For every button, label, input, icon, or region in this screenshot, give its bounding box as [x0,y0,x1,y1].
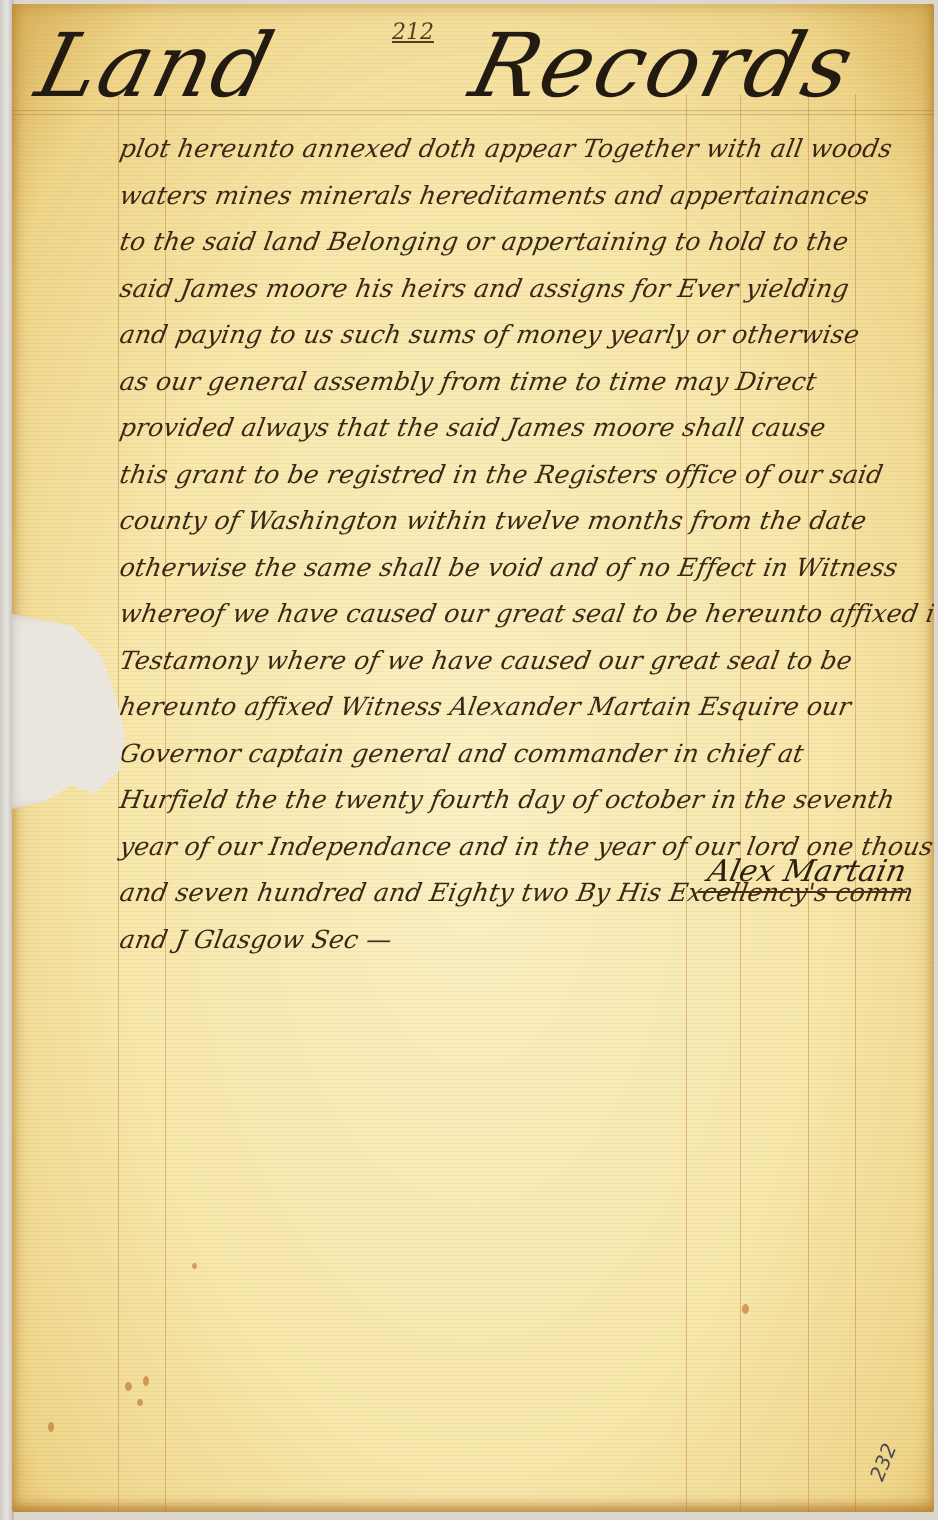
text-line: said James moore his heirs and assigns f… [116,266,934,313]
signature: Alex Martain [698,854,916,893]
title-land: Land [27,14,285,117]
ledger-page: Land 212 Records plot hereunto annexed d… [12,4,934,1512]
pencil-page-number: 232 [865,1440,902,1484]
page-header: Land 212 Records [12,4,934,114]
foxing-stain [48,1422,54,1432]
foxing-stain [192,1263,197,1269]
text-line: and paying to us such sums of money year… [116,312,934,359]
text-line: otherwise the same shall be void and of … [116,545,934,592]
text-line: provided always that the said James moor… [116,405,934,452]
foxing-stain [742,1304,749,1314]
foxing-stain [137,1399,143,1406]
text-line: as our general assembly from time to tim… [116,359,934,406]
text-line: Testamony where of we have caused our gr… [116,638,934,685]
folio-number: 212 [392,20,434,45]
handwritten-body: plot hereunto annexed doth appear Togeth… [120,126,934,963]
title-records: Records [461,14,865,117]
text-line: and J Glasgow Sec — [116,917,934,964]
text-line: waters mines minerals hereditaments and … [116,173,934,220]
text-line: county of Washington within twelve month… [116,498,934,545]
foxing-stain [143,1376,149,1386]
foxing-stain [125,1382,132,1391]
text-line: Governor captain general and commander i… [116,731,934,778]
text-line: whereof we have caused our great seal to… [116,591,934,638]
text-line: to the said land Belonging or appertaini… [116,219,934,266]
text-line: plot hereunto annexed doth appear Togeth… [116,126,934,173]
text-line: hereunto affixed Witness Alexander Marta… [116,684,934,731]
text-line: this grant to be registred in the Regist… [116,452,934,499]
text-line: Hurfield the the twenty fourth day of oc… [116,777,934,824]
